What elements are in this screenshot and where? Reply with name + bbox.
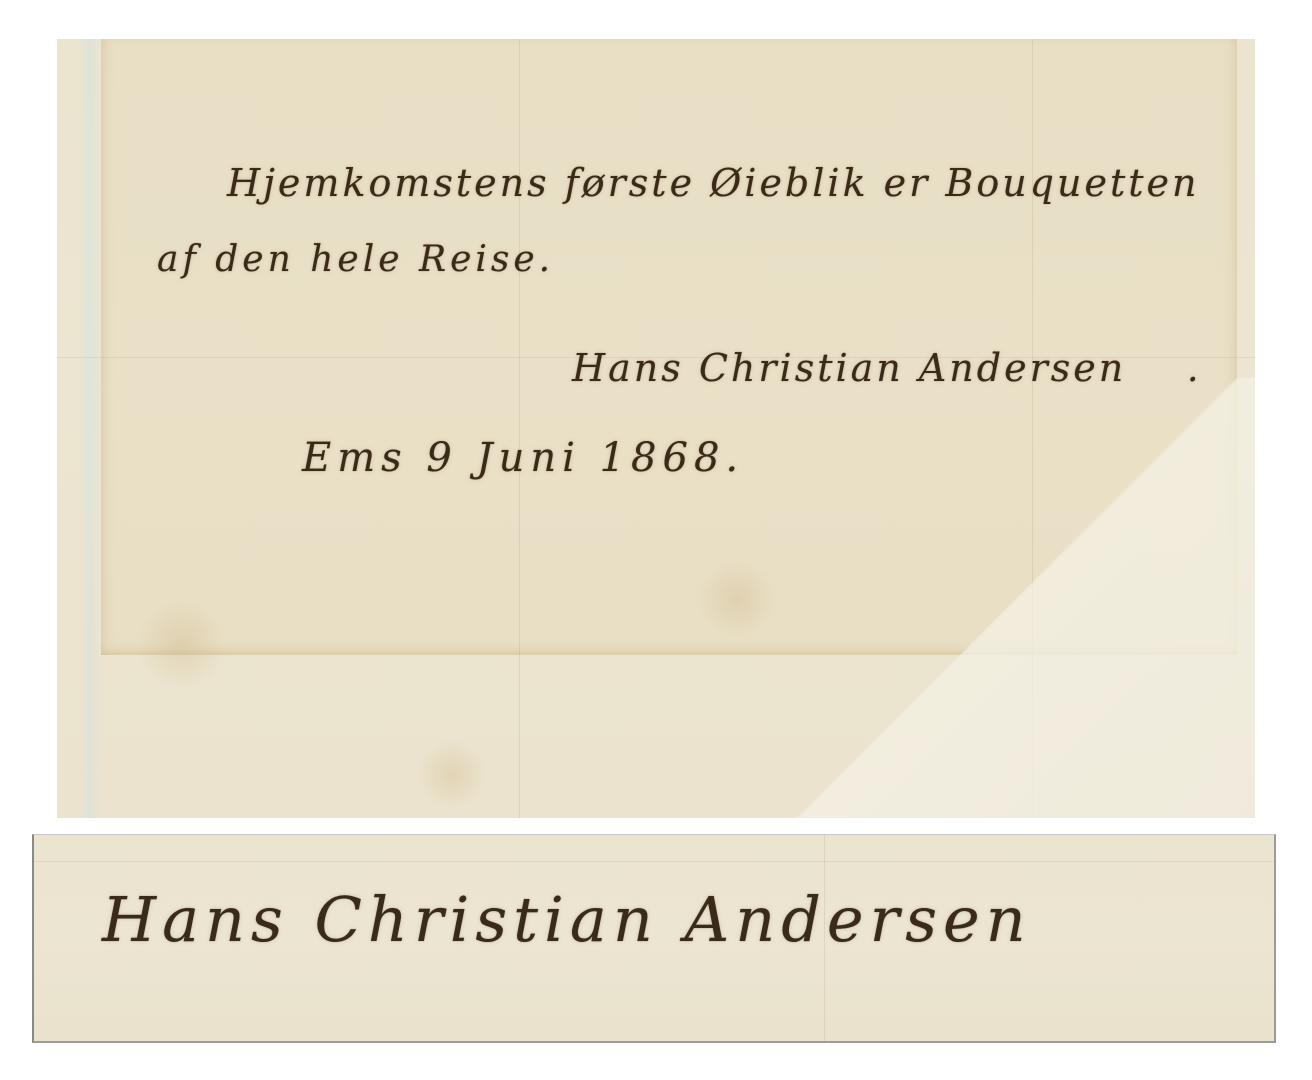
folded-corner-flap: [775, 378, 1255, 818]
foxing-stain: [697, 559, 777, 639]
letter-dateline: Ems 9 Juni 1868.: [302, 435, 744, 481]
foxing-stain: [137, 599, 227, 689]
fold-line-vertical: [519, 39, 520, 818]
fold-line-horizontal: [34, 861, 1274, 862]
letter-signature: Hans Christian Andersen: [572, 346, 1126, 390]
letter-line-1: Hjemkomstens første Øieblik er Bouquette…: [227, 161, 1199, 205]
signature-period: .: [1187, 349, 1200, 390]
paper-edge-strip: [79, 39, 101, 818]
signature-enlarged: Hans Christian Andersen: [102, 883, 1032, 956]
letter-line-2: af den hele Reise.: [157, 239, 554, 280]
signature-detail-strip: Hans Christian Andersen: [32, 834, 1276, 1043]
foxing-stain: [417, 739, 487, 809]
letter-sheet: Hjemkomstens første Øieblik er Bouquette…: [57, 39, 1255, 818]
